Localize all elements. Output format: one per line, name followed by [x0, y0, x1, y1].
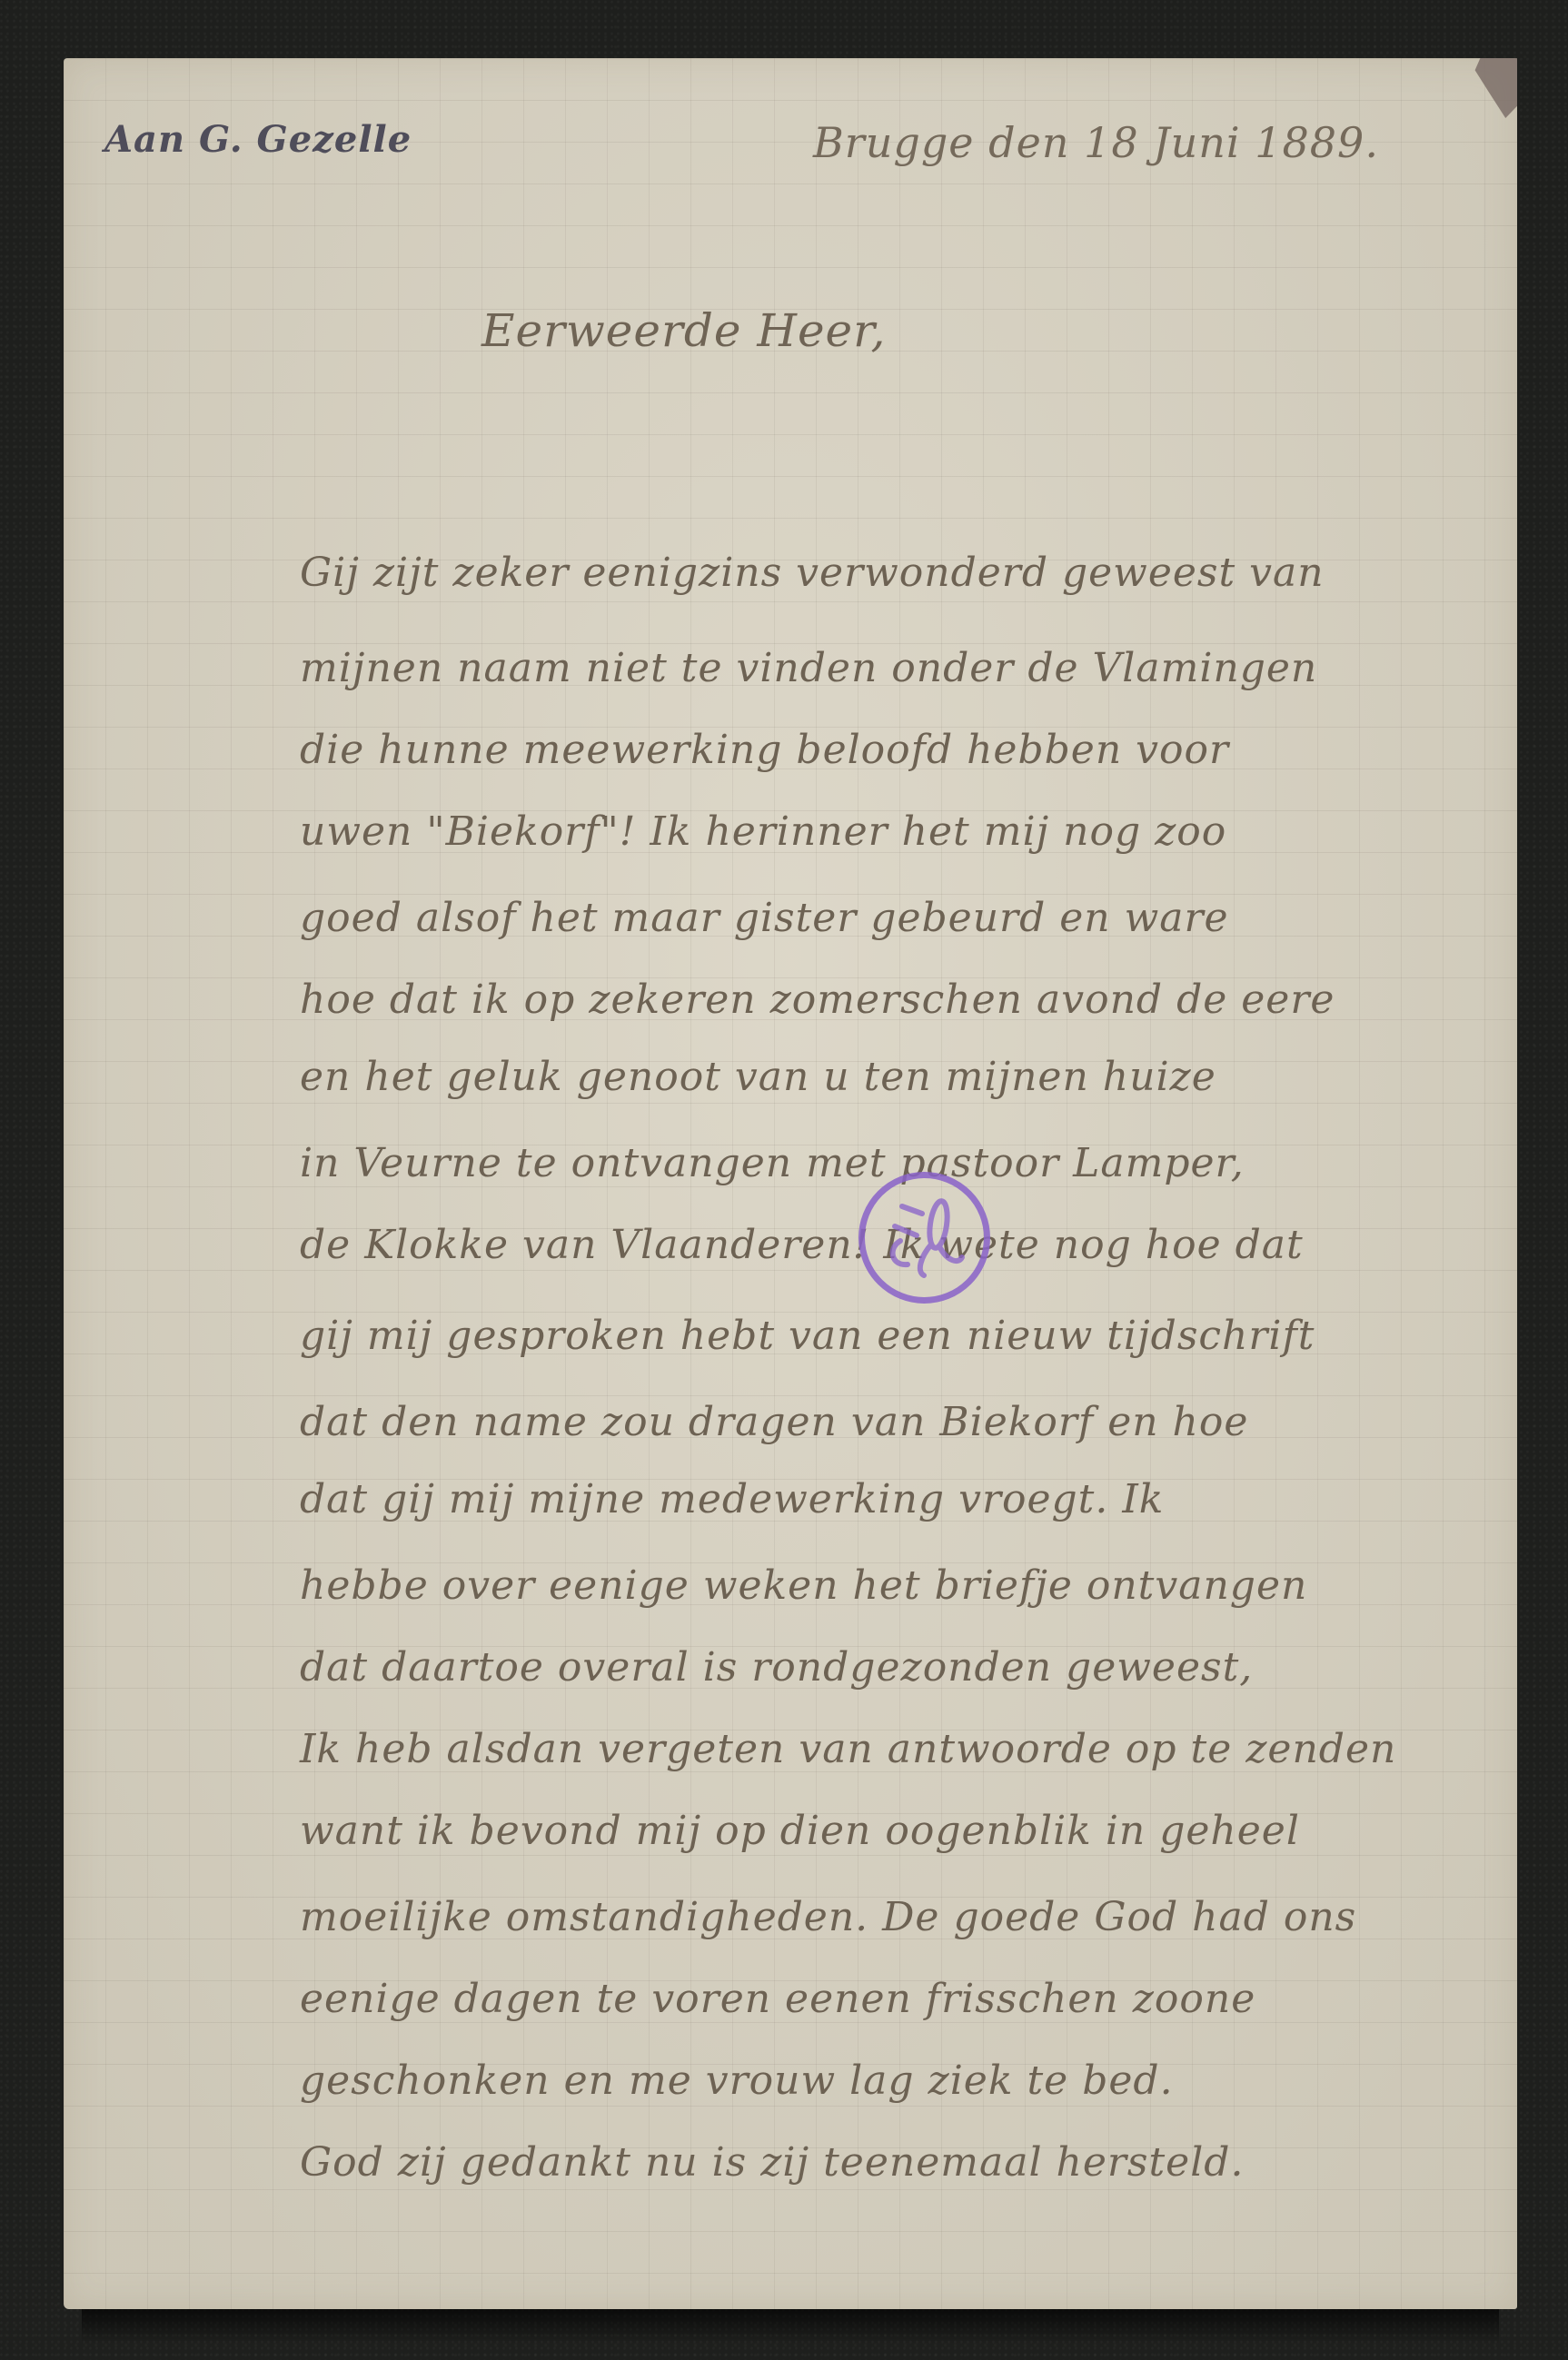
- torn-corner: [1464, 58, 1517, 118]
- body-line: in Veurne te ontvangen met pastoor Lampe…: [300, 1140, 1245, 1186]
- body-line: de Klokke van Vlaanderen! Ik wete nog ho…: [300, 1222, 1304, 1268]
- body-line: uwen "Biekorf"! Ik herinner het mij nog …: [300, 808, 1226, 855]
- body-line: dat gij mij mijne medewerking vroegt. Ik: [300, 1476, 1164, 1522]
- body-line: goed alsof het maar gister gebeurd en wa…: [300, 895, 1229, 941]
- salutation: Eerweerde Heer,: [481, 304, 886, 357]
- body-line: hebbe over eenige weken het briefje ontv…: [300, 1562, 1307, 1609]
- paper-shadow: [82, 2307, 1499, 2344]
- dateline: Brugge den 18 Juni 1889.: [813, 118, 1379, 167]
- body-line: want ik bevond mij op dien oogenblik in …: [300, 1808, 1300, 1854]
- body-line: God zij gedankt nu is zij teenemaal hers…: [300, 2139, 1244, 2186]
- body-line: hoe dat ik op zekeren zomerschen avond d…: [300, 977, 1335, 1023]
- body-line: mijnen naam niet te vinden onder de Vlam…: [300, 645, 1317, 691]
- archive-stamp-icon: [858, 1172, 990, 1304]
- body-line: geschonken en me vrouw lag ziek te bed.: [300, 2058, 1174, 2104]
- body-line: en het geluk genoot van u ten mijnen hui…: [300, 1054, 1216, 1100]
- stamp-emblem-icon: [875, 1188, 975, 1288]
- body-line: eenige dagen te voren eenen frisschen zo…: [300, 1976, 1255, 2022]
- body-line: dat daartoe overal is rondgezonden gewee…: [300, 1644, 1253, 1691]
- body-line: Gij zijt zeker eenigzins verwonderd gewe…: [300, 550, 1325, 596]
- body-line: gij mij gesproken hebt van een nieuw tij…: [300, 1313, 1315, 1359]
- body-line: Ik heb alsdan vergeten van antwoorde op …: [300, 1726, 1396, 1772]
- recipient-annotation: Aan G. Gezelle: [104, 118, 412, 161]
- body-line: moeilijke omstandigheden. De goede God h…: [300, 1894, 1356, 1940]
- body-line: die hunne meewerking beloofd hebben voor: [300, 727, 1229, 773]
- body-line: dat den name zou dragen van Biekorf en h…: [300, 1399, 1248, 1445]
